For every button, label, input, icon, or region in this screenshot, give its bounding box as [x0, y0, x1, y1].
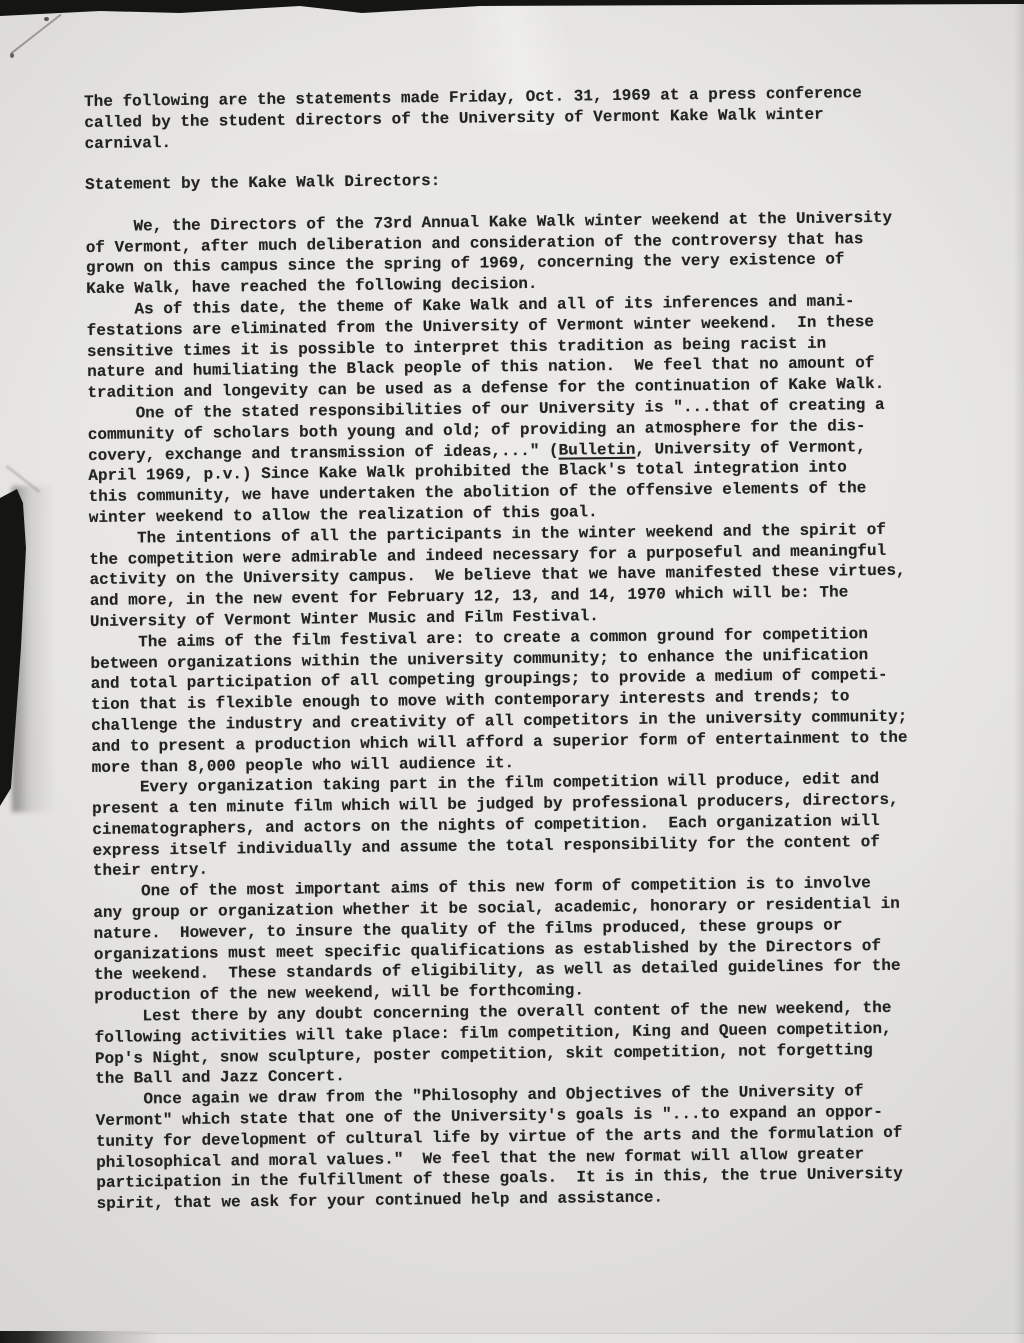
left-edge-fold-shadow	[12, 486, 62, 812]
statement-heading: Statement by the Kake Walk Directors:	[85, 165, 965, 196]
body-paragraph-1: We, the Directors of the 73rd Annual Kak…	[85, 207, 966, 300]
intro-paragraph: The following are the statements made Fr…	[84, 82, 965, 154]
body-paragraph-7: One of the most important aims of this n…	[93, 872, 974, 1007]
typewritten-document: The following are the statements made Fr…	[84, 82, 977, 1215]
body-paragraph-6: Every organization taking part in the fi…	[92, 768, 973, 882]
scanned-paper-sheet: The following are the statements made Fr…	[0, 0, 1024, 1343]
body-paragraph-9: Once again we draw from the "Philosophy …	[95, 1080, 976, 1215]
crease-mark-topleft	[10, 14, 62, 55]
body-paragraph-3: One of the stated responsibilities of ou…	[88, 394, 969, 529]
body-paragraph-8: Lest there by any doubt concerning the o…	[94, 997, 975, 1090]
body-paragraph-2: As of this date, the theme of Kake Walk …	[86, 290, 967, 404]
bulletin-citation-underlined: Bulletin	[558, 440, 635, 459]
body-paragraph-5: The aims of the film festival are: to cr…	[90, 623, 972, 779]
ink-fleck	[10, 53, 14, 58]
right-edge-shadow	[1014, 0, 1024, 1343]
body-paragraph-4: The intentions of all the participants i…	[89, 519, 970, 633]
bottom-left-scan-shadow	[0, 1331, 160, 1343]
ink-fleck	[44, 17, 49, 21]
